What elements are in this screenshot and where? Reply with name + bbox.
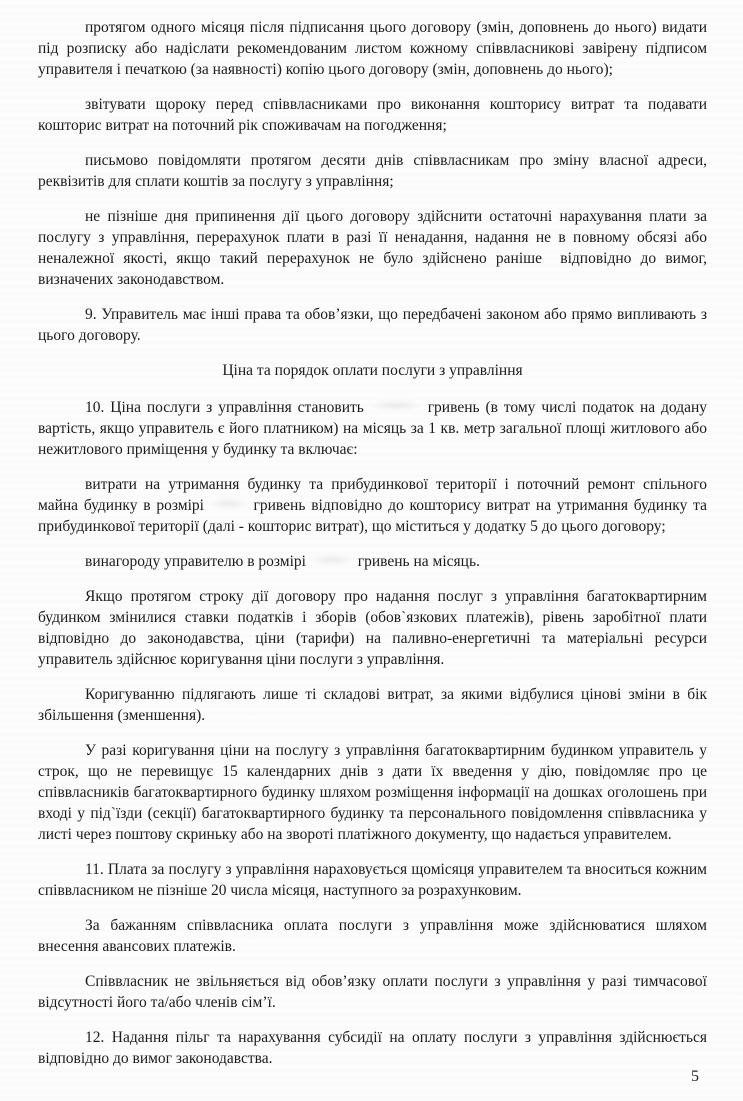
paragraph-price-adjustment-conditions: Якщо протягом строку дії договору про на… — [38, 586, 707, 670]
section-heading-price-and-payment: Ціна та порядок оплати послуги з управлі… — [38, 360, 707, 381]
redacted-amount-blank — [310, 553, 354, 566]
paragraph-clause-12-subsidies: 12. Надання пільг та нарахування субсиді… — [38, 1027, 707, 1069]
paragraph-maintenance-costs: витрати на утримання будинку та прибудин… — [38, 474, 707, 537]
paragraph-adjustment-notification: У разі коригування ціни на послугу з упр… — [38, 740, 707, 845]
reward-clause-text-before-blank: винагороду управителю в розмірі — [85, 553, 306, 570]
paragraph-manager-reward: винагороду управителю в розмірі гривень … — [38, 551, 707, 572]
paragraph-no-exemption: Співвласник не звільняється від обов’язк… — [38, 971, 707, 1013]
page-number: 5 — [691, 1066, 699, 1087]
price-clause-text-before-blank: 10. Ціна послуги з управління становить — [85, 399, 364, 416]
paragraph-notify-address-change: письмово повідомляти протягом десяти дні… — [38, 150, 707, 192]
paragraph-issue-copy: протягом одного місяця після підписання … — [38, 17, 707, 80]
paragraph-adjustment-scope: Коригуванню підлягають лише ті складові … — [38, 684, 707, 726]
paragraph-clause-11-payment: 11. Плата за послугу з управління нарахо… — [38, 859, 707, 901]
paragraph-annual-report: звітувати щороку перед співвласниками пр… — [38, 94, 707, 136]
paragraph-final-accruals: не пізніше дня припинення дії цього дого… — [38, 206, 707, 290]
reward-clause-text-after-blank: гривень на місяць. — [358, 553, 480, 570]
redacted-amount-blank — [210, 497, 248, 510]
redacted-amount-blank — [370, 399, 422, 412]
paragraph-clause-10-price: 10. Ціна послуги з управління становить … — [38, 397, 707, 460]
document-page: протягом одного місяця після підписання … — [0, 0, 743, 1101]
paragraph-advance-payments: За бажанням співвласника оплата послуги … — [38, 915, 707, 957]
paragraph-clause-9: 9. Управитель має інші права та обов’язк… — [38, 304, 707, 346]
